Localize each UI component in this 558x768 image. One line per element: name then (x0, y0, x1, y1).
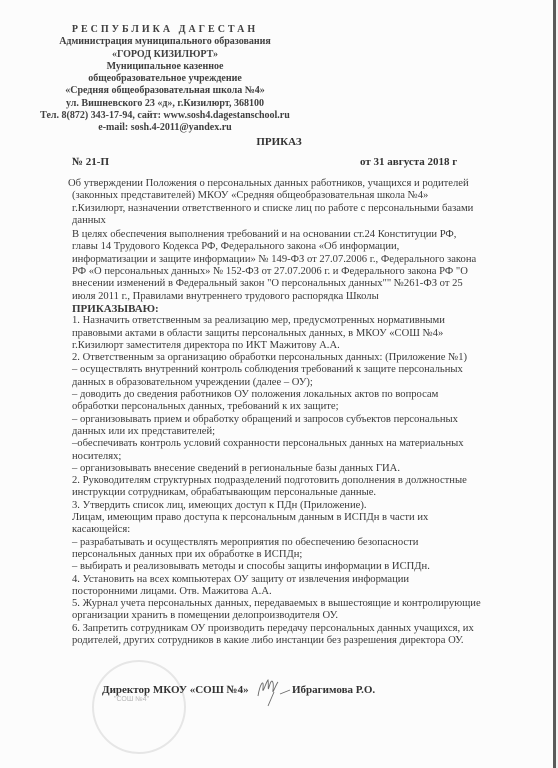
text-line: – организовывать прием и обработку обращ… (72, 414, 472, 426)
text-line: правовыми актами в области защиты персон… (72, 328, 472, 340)
order-item-3: 3. Утвердить список лиц, имеющих доступ … (72, 500, 472, 512)
text-line: инструкции сотрудникам, обрабатывающим п… (72, 487, 472, 499)
text-line: внесении изменений в Федеральный закон "… (72, 278, 472, 290)
text-line: г.Кизилюрт, назначении ответственного и … (72, 203, 472, 215)
order-subject: Об утверждении Положения о персональных … (72, 178, 472, 227)
text-line: 2. Ответственным за организацию обработк… (72, 352, 472, 364)
text-line: – разрабатывать и осуществлять мероприят… (72, 537, 472, 549)
letterhead-city: «ГОРОД КИЗИЛЮРТ» (0, 49, 330, 61)
text-line: г.Кизилюрт заместителя директора по ИКТ … (72, 340, 472, 352)
order-item-2: 2. Ответственным за организацию обработк… (72, 352, 472, 475)
letterhead-administration: Администрация муниципального образования (0, 36, 330, 48)
text-line: – осуществлять внутренний контроль соблю… (72, 364, 472, 376)
order-item-2b: 2. Руководителям структурных подразделен… (72, 475, 472, 500)
order-directive-word: ПРИКАЗЫВАЮ: (72, 303, 472, 315)
text-line: 4. Установить на всех компьютерах ОУ защ… (72, 574, 472, 586)
text-line: В целях обеспечения выполнения требовани… (72, 229, 472, 241)
text-line: 2. Руководителям структурных подразделен… (72, 475, 472, 487)
text-line: посторонними лицами. Отв. Мажитова А.А. (72, 586, 472, 598)
text-line: носителях; (72, 451, 472, 463)
text-line: родителей, других сотрудников в какие ли… (72, 635, 472, 647)
order-item-4: 4. Установить на всех компьютерах ОУ защ… (72, 574, 472, 599)
text-line: Об утверждении Положения о персональных … (68, 178, 472, 190)
order-item-6: 6. Запретить сотрудникам ОУ производить … (72, 623, 472, 648)
signatory-role: Директор МКОУ «СОШ №4» (102, 684, 249, 696)
letterhead-contacts: Тел. 8(872) 343-17-94, сайт: www.sosh4.d… (0, 110, 330, 122)
document-title: ПРИКАЗ (0, 136, 558, 148)
stamp-text: "СОШ №4" (114, 696, 149, 703)
letterhead-republic: РЕСПУБЛИКА ДАГЕСТАН (0, 24, 330, 36)
text-line: обработки персональных данных, требовани… (72, 401, 472, 413)
text-line: информатизации и защите информации» № 14… (72, 254, 472, 266)
text-line: – выбирать и реализовывать методы и спос… (72, 561, 472, 573)
official-stamp: "СОШ №4" (92, 660, 186, 754)
order-number: № 21-П (72, 156, 109, 168)
order-item-1: 1. Назначить ответственным за реализацию… (72, 315, 472, 352)
text-line: персональных данных при их обработке в И… (72, 549, 472, 561)
text-line: данных в образовательном учреждении (дал… (72, 377, 472, 389)
text-line: организации хранить в помещении делопрои… (72, 610, 472, 622)
letterhead-address: ул. Вишневского 23 «д», г.Кизилюрт, 3681… (0, 98, 330, 110)
text-line: –обеспечивать контроль условий сохраннос… (72, 438, 472, 450)
signature-block: Директор МКОУ «СОШ №4» Ибрагимова Р.О. (102, 684, 249, 696)
letterhead-email: e-mail: sosh.4-2011@yandex.ru (0, 122, 330, 134)
text-line: – доводить до сведения работников ОУ пол… (72, 389, 472, 401)
signatory-name: Ибрагимова Р.О. (292, 684, 375, 696)
text-line: 5. Журнал учета персональных данных, пер… (72, 598, 472, 610)
letterhead-school-name: «Средняя общеобразовательная школа №4» (0, 85, 330, 97)
text-line: данных или их представителей; (72, 426, 472, 438)
text-line: касающейся: (72, 524, 472, 536)
text-line: главы 14 Трудового Кодекса РФ, Федеральн… (72, 241, 472, 253)
order-date: от 31 августа 2018 г (360, 156, 457, 168)
text-line: 3. Утвердить список лиц, имеющих доступ … (72, 500, 472, 512)
order-item-5: 5. Журнал учета персональных данных, пер… (72, 598, 472, 623)
document-page: РЕСПУБЛИКА ДАГЕСТАН Администрация муници… (0, 0, 558, 768)
order-body: Об утверждении Положения о персональных … (72, 178, 472, 647)
text-line: июля 2011 г., Правилами внутреннего труд… (72, 291, 472, 303)
text-line: 1. Назначить ответственным за реализацию… (72, 315, 472, 327)
text-line: 6. Запретить сотрудникам ОУ производить … (72, 623, 472, 635)
order-persons: Лицам, имеющим право доступа к персональ… (72, 512, 472, 573)
text-line: (законных представителей) МКОУ «Средняя … (72, 190, 472, 202)
text-line: РФ «О персональных данных» № 152-ФЗ от 2… (72, 266, 472, 278)
text-line: данных (72, 215, 472, 227)
text-line: Лицам, имеющим право доступа к персональ… (72, 512, 472, 524)
letterhead: РЕСПУБЛИКА ДАГЕСТАН Администрация муници… (0, 24, 330, 135)
letterhead-institution-type: Муниципальное казенное (0, 61, 330, 73)
text-line: – организовывать внесение сведений в рег… (72, 463, 472, 475)
order-preamble: В целях обеспечения выполнения требовани… (72, 229, 472, 303)
letterhead-institution-type-2: общеобразовательное учреждение (0, 73, 330, 85)
handwritten-signature-icon (254, 674, 294, 708)
